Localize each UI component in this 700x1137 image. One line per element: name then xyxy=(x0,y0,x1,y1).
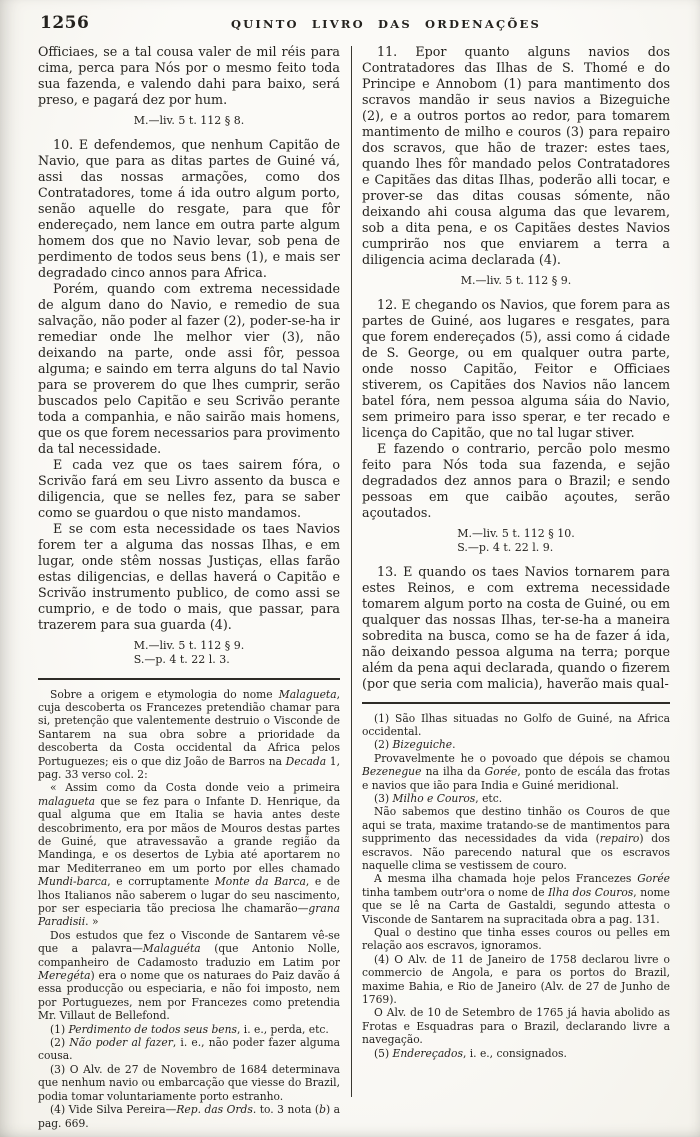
left-citation-6: M.—liv. 5 t. 112 § 9.S.—p. 4 t. 22 l. 3. xyxy=(38,639,340,668)
right-footnote-13: Qual o destino que tinha esses couros ou… xyxy=(362,926,670,953)
right-footnote-7: (1) São Ilhas situadas no Golfo de Guiné… xyxy=(362,712,670,739)
right-footnote-15: O Alv. de 10 de Setembro de 1765 já havi… xyxy=(362,1006,670,1046)
two-column-body: Officiaes, se a tal cousa valer de mil r… xyxy=(0,37,700,1107)
left-citation-lines-1: M.—liv. 5 t. 112 § 8. xyxy=(134,114,245,129)
left-column: Officiaes, se a tal cousa valer de mil r… xyxy=(38,44,340,1107)
right-footnote-9: Provavelmente he o povoado que dépois se… xyxy=(362,752,670,792)
left-paragraph-3: Porém, quando com extrema necessidade de… xyxy=(38,281,340,457)
right-citation-lines-4: M.—liv. 5 t. 112 § 10.S.—p. 4 t. 22 l. 9… xyxy=(457,527,575,556)
left-paragraph-2: 10. E defendemos, que nenhum Capitão de … xyxy=(38,137,340,281)
right-footnote-16: (5) Endereçados, i. e., consignados. xyxy=(362,1047,670,1060)
left-footnote-12: (2) Não poder al fazer, i. e., não poder… xyxy=(38,1036,340,1063)
right-footnote-14: (4) O Alv. de 11 de Janeiro de 1758 decl… xyxy=(362,953,670,1007)
left-footnote-13: (3) O Alv. de 27 de Novembro de 1684 det… xyxy=(38,1063,340,1103)
left-footnote-10: Dos estudos que fez o Visconde de Santar… xyxy=(38,929,340,1023)
left-citation-1: M.—liv. 5 t. 112 § 8. xyxy=(38,114,340,129)
right-footnote-8: (2) Bizeguiche. xyxy=(362,738,670,751)
right-rule-6 xyxy=(362,702,670,704)
left-footnote-11: (1) Perdimento de todos seus bens, i. e.… xyxy=(38,1023,340,1036)
right-citation-1: M.—liv. 5 t. 112 § 9. xyxy=(362,274,670,289)
right-paragraph-5: 13. E quando os taes Navios tornarem par… xyxy=(362,564,670,692)
left-paragraph-0: Officiaes, se a tal cousa valer de mil r… xyxy=(38,44,340,108)
left-citation-lines-6: M.—liv. 5 t. 112 § 9.S.—p. 4 t. 22 l. 3. xyxy=(134,639,245,668)
right-footnote-12: A mesma ilha chamada hoje pelos Franceze… xyxy=(362,872,670,926)
left-paragraph-5: E se com esta necessidade os taes Navios… xyxy=(38,521,340,633)
page-header: 1256 QUINTO LIVRO DAS ORDENAÇÕES xyxy=(0,0,700,37)
left-footnote-8: Sobre a origem e etymologia do nome Mala… xyxy=(38,688,340,782)
scanned-book-page: 1256 QUINTO LIVRO DAS ORDENAÇÕES Officia… xyxy=(0,0,700,1137)
right-footnote-10: (3) Milho e Couros, etc. xyxy=(362,792,670,805)
column-divider-rule xyxy=(351,46,352,1097)
right-paragraph-2: 12. E chegando os Navios, que forem para… xyxy=(362,297,670,441)
page-number: 1256 xyxy=(40,13,150,33)
left-paragraph-4: E cada vez que os taes sairem fóra, o Sc… xyxy=(38,457,340,521)
running-title: QUINTO LIVRO DAS ORDENAÇÕES xyxy=(150,17,622,31)
left-footnote-9: « Assim como da Costa donde veio a prime… xyxy=(38,781,340,928)
right-column: 11. Epor quanto alguns navios dos Contra… xyxy=(362,44,670,1107)
left-rule-7 xyxy=(38,678,340,680)
right-citation-4: M.—liv. 5 t. 112 § 10.S.—p. 4 t. 22 l. 9… xyxy=(362,527,670,556)
right-citation-lines-1: M.—liv. 5 t. 112 § 9. xyxy=(461,274,572,289)
right-paragraph-3: E fazendo o contrario, percão polo mesmo… xyxy=(362,441,670,521)
right-footnote-11: Não sabemos que destino tinhão os Couros… xyxy=(362,805,670,872)
right-paragraph-0: 11. Epor quanto alguns navios dos Contra… xyxy=(362,44,670,268)
left-footnote-14: (4) Vide Silva Pereira—Rep. das Ords. to… xyxy=(38,1103,340,1130)
